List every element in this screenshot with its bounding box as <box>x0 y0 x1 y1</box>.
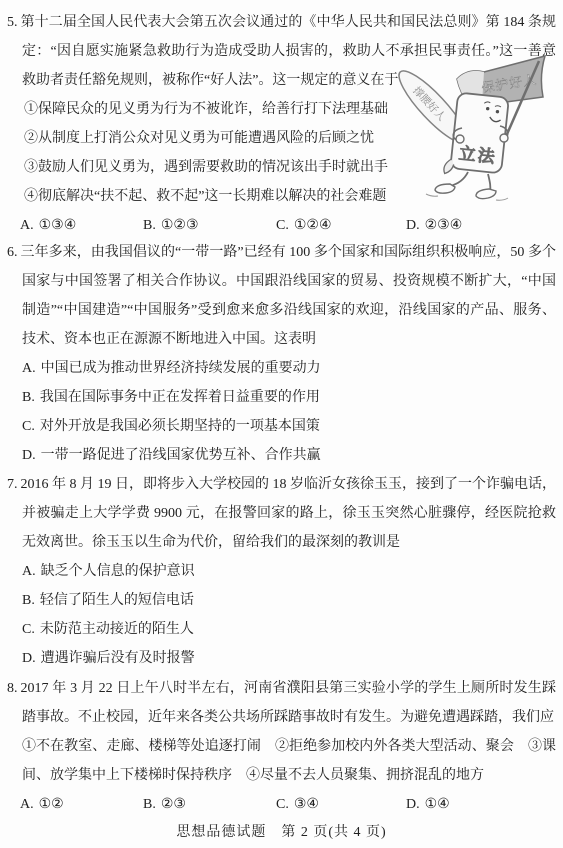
option-label: B. <box>143 797 156 812</box>
option-a: A.①② <box>20 790 143 819</box>
hand-left <box>456 135 464 143</box>
option-label: B. <box>143 218 156 233</box>
option-text: ①③④ <box>39 218 77 233</box>
option-text: ①④ <box>425 797 450 812</box>
option-label: A. <box>20 797 34 812</box>
legs <box>426 172 508 200</box>
option-label: D. <box>22 651 36 666</box>
page-footer: 思想品德试题 第 2 页(共 4 页) <box>0 818 563 847</box>
option-label: D. <box>406 797 420 812</box>
law-mascot-svg: 撑腰好人 保护好人 立法 <box>388 48 560 206</box>
question-8: 8.2017 年 3 月 22 日上午八时半左右，河南省濮阳县第三实验小学的学生… <box>7 674 556 819</box>
option-d: D.①④ <box>406 790 556 819</box>
option-text: 一带一路促进了沿线国家优势互补、合作共赢 <box>41 448 321 463</box>
option-text: 中国已成为推动世界经济持续发展的重要动力 <box>41 361 321 376</box>
option-label: A. <box>20 218 34 233</box>
option-text: 轻信了陌生人的短信电话 <box>40 593 194 608</box>
question-7-stem: 7.2016 年 8 月 19 日，即将步入大学校园的 18 岁临沂女孩徐玉玉，… <box>7 470 556 557</box>
option-text: 对外开放是我国必须长期坚持的一项基本国策 <box>40 419 320 434</box>
exam-paper-page: 撑腰好人 保护好人 立法 <box>0 0 563 848</box>
option-label: C. <box>22 622 35 637</box>
question-8-items: ①不在教室、走廊、楼梯等处追逐打闹 ②拒绝参加校内外各类大型活动、聚会 ③课间、… <box>7 732 556 790</box>
option-label: A. <box>22 564 36 579</box>
question-5: 撑腰好人 保护好人 立法 <box>7 8 556 240</box>
question-6: 6.三年多来，由我国倡议的“一带一路”已经有 100 多个国家和国际组织积极响应… <box>7 238 556 470</box>
option-d: D.一带一路促进了沿线国家优势互补、合作共赢 <box>7 441 556 470</box>
option-label: C. <box>276 797 289 812</box>
option-a: A.中国已成为推动世界经济持续发展的重要动力 <box>7 354 556 383</box>
stem-text: 三年多来，由我国倡议的“一带一路”已经有 100 多个国家和国际组织积极响应，5… <box>21 245 557 347</box>
stem-text: 2017 年 3 月 22 日上午八时半左右，河南省濮阳县第三实验小学的学生上厕… <box>21 681 557 725</box>
option-b: B.②③ <box>143 790 276 819</box>
option-text: ①②③ <box>161 218 199 233</box>
option-text: ①②④ <box>294 218 332 233</box>
option-b: B.①②③ <box>143 211 276 240</box>
option-label: C. <box>276 218 289 233</box>
option-label: D. <box>406 218 420 233</box>
option-text: ②③ <box>161 797 186 812</box>
option-text: ②③④ <box>425 218 463 233</box>
option-b: B.我国在国际事务中正在发挥着日益重要的作用 <box>7 383 556 412</box>
question-8-stem: 8.2017 年 3 月 22 日上午八时半左右，河南省濮阳县第三实验小学的学生… <box>7 674 556 732</box>
option-label: B. <box>22 593 35 608</box>
option-a: A.缺乏个人信息的保护意识 <box>7 557 556 586</box>
option-text: 遭遇诈骗后没有及时报警 <box>41 651 195 666</box>
question-number: 7. <box>7 477 18 492</box>
option-c: C.①②④ <box>276 211 406 240</box>
option-c: C.未防范主动接近的陌生人 <box>7 615 556 644</box>
option-text: ①② <box>39 797 64 812</box>
stem-text: 2016 年 8 月 19 日，即将步入大学校园的 18 岁临沂女孩徐玉玉，接到… <box>21 477 557 550</box>
option-text: 我国在国际事务中正在发挥着日益重要的作用 <box>40 390 320 405</box>
option-label: B. <box>22 390 35 405</box>
option-d: D.②③④ <box>406 211 556 240</box>
option-a: A.①③④ <box>20 211 143 240</box>
option-label: A. <box>22 361 36 376</box>
legislation-label: 立法 <box>458 143 498 167</box>
question-number: 6. <box>7 245 18 260</box>
option-text: ③④ <box>294 797 319 812</box>
question-8-options: A.①② B.②③ C.③④ D.①④ <box>7 790 556 819</box>
option-c: C.对外开放是我国必须长期坚持的一项基本国策 <box>7 412 556 441</box>
question-5-options: A.①③④ B.①②③ C.①②④ D.②③④ <box>7 211 556 240</box>
option-d: D.遭遇诈骗后没有及时报警 <box>7 644 556 673</box>
option-b: B.轻信了陌生人的短信电话 <box>7 586 556 615</box>
question-number: 8. <box>7 681 18 696</box>
question-6-stem: 6.三年多来，由我国倡议的“一带一路”已经有 100 多个国家和国际组织积极响应… <box>7 238 556 354</box>
option-text: 未防范主动接近的陌生人 <box>40 622 194 637</box>
question-number: 5. <box>7 15 18 30</box>
option-label: C. <box>22 419 35 434</box>
law-mascot-illustration: 撑腰好人 保护好人 立法 <box>388 48 560 206</box>
hand-right <box>500 134 508 142</box>
question-7: 7.2016 年 8 月 19 日，即将步入大学校园的 18 岁临沂女孩徐玉玉，… <box>7 470 556 673</box>
option-label: D. <box>22 448 36 463</box>
option-text: 缺乏个人信息的保护意识 <box>41 564 195 579</box>
option-c: C.③④ <box>276 790 406 819</box>
